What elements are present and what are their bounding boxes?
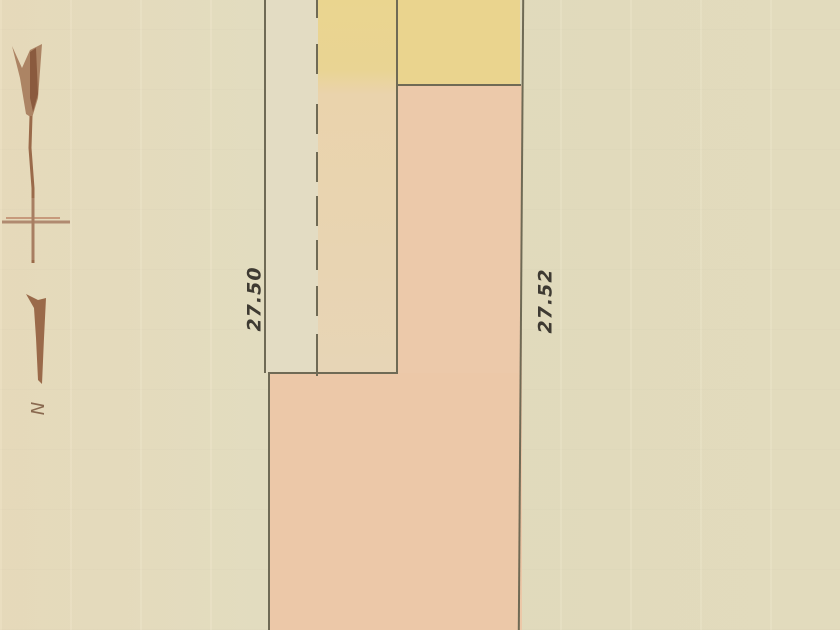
north-label: N <box>28 402 49 415</box>
dashed-line <box>316 0 318 376</box>
yellow-bottom-edge <box>396 84 521 86</box>
lot-yellow-upper-right <box>398 0 520 85</box>
dimension-left: 27.50 <box>244 266 266 331</box>
north-arrow: N <box>0 38 80 438</box>
north-arrow-icon <box>0 38 80 438</box>
lot-strip-left <box>265 0 318 373</box>
inner-bottom-edge <box>268 372 398 374</box>
lot-strip-middle <box>318 0 398 373</box>
boundary-left-lower <box>268 373 270 630</box>
lot-pink-lower <box>268 373 522 630</box>
dimension-right: 27.52 <box>535 268 557 333</box>
inner-divider <box>396 0 398 374</box>
